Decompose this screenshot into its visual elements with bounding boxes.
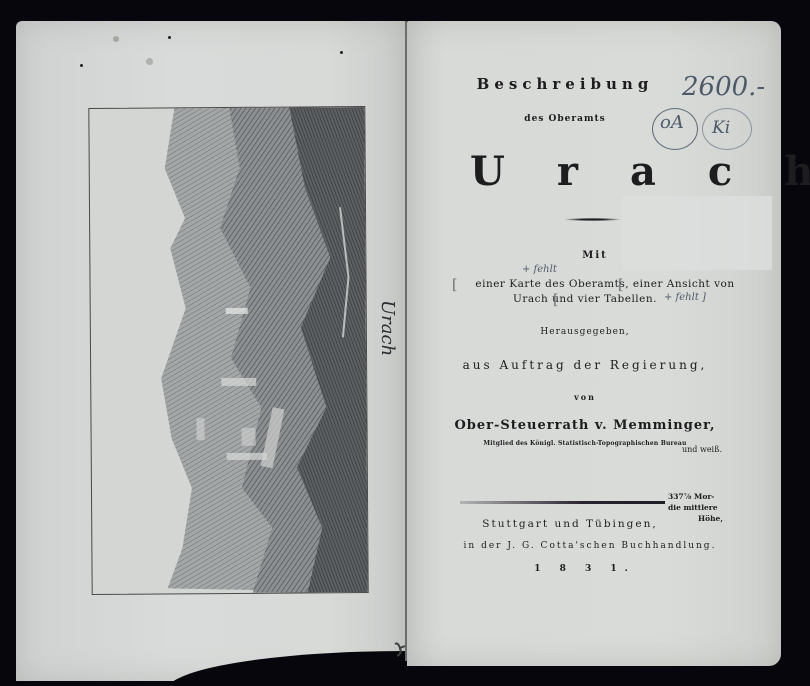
frontispiece-caption: Urach (377, 300, 398, 356)
landscape-engraving-icon (89, 107, 367, 594)
bracket-mark: [ (553, 292, 558, 308)
imprint-line-1: Stuttgart und Tübingen, (405, 518, 735, 530)
imprint-line-2: in der J. G. Cotta'schen Buchhandlung. (425, 541, 755, 551)
main-title: Urach. (470, 152, 790, 192)
handwritten-price: 2600.- (682, 72, 765, 102)
commission-line: aus Auftrag der Regierung, (420, 358, 750, 372)
handwritten-mark-oa: oA (660, 112, 684, 133)
handwritten-mark-ki: Ki (712, 118, 730, 138)
contents-line-1: einer Karte des Oberamts, einer Ansicht … (440, 278, 770, 290)
foxing-spot (340, 51, 343, 54)
foxing-spot (80, 64, 83, 67)
by-label: von (420, 392, 750, 402)
edited-label: Herausgegeben, (420, 327, 750, 337)
pasted-note-line: die mittlere (668, 502, 723, 513)
pasted-note-line: 337⅞ Mor- (668, 491, 723, 502)
margin-note: + fehlt (522, 264, 557, 275)
title-line-1: Beschreibung (400, 75, 730, 93)
publication-year: 1 8 3 1. (420, 564, 750, 574)
foxing-spot (113, 36, 119, 42)
frontispiece-engraving (88, 106, 368, 595)
foxing-spot (168, 36, 171, 39)
margin-note: + fehlt ] (664, 292, 706, 303)
author-role-suffix: und weiß. (682, 445, 722, 454)
bracket-mark: [ (452, 277, 457, 293)
binding-thread-icon (393, 640, 407, 660)
bracket-mark: [ (618, 277, 623, 293)
foxing-spot (146, 58, 153, 65)
author-name: Ober-Steuerrath v. Memminger, (420, 418, 750, 433)
imprint-rule (460, 501, 665, 504)
with-label: Mit (430, 250, 760, 261)
ornamental-rule (565, 218, 620, 221)
